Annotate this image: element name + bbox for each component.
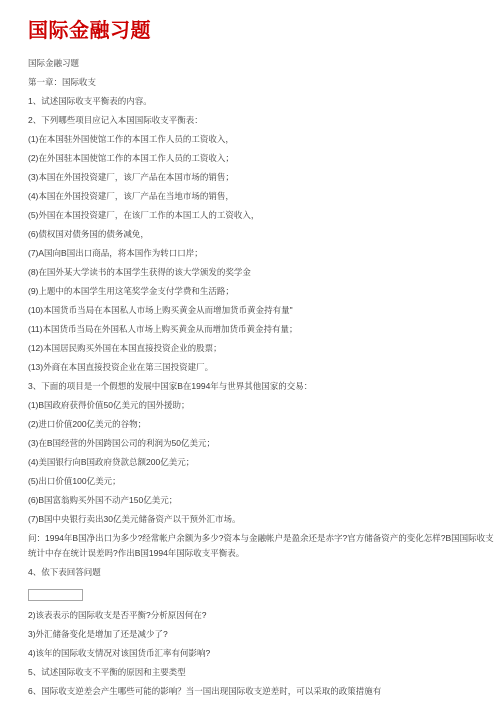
question-4-sub-3: 3)外汇储备变化是增加了还是减少了?: [28, 627, 496, 642]
question-3-item-5: (5)出口价值100亿美元；: [28, 474, 496, 489]
question-2: 2、下列哪些项目应记入本国国际收支平衡表：: [28, 113, 496, 128]
question-3-item-4: (4)美国银行向B国政府贷款总额200亿美元；: [28, 455, 496, 470]
question-2-item-12: (12)本国居民购买外国在本国直接投资企业的股票；: [28, 341, 496, 356]
document-page: 国际金融习题 国际金融习题 第一章：国际收支 1、试述国际收支平衡表的内容。 2…: [0, 0, 504, 713]
chapter-heading: 第一章：国际收支: [28, 75, 496, 90]
question-3-item-6: (6)B国富翁购买外国不动产150亿美元；: [28, 493, 496, 508]
question-3: 3、下面的项目是一个假想的发展中国家B在1994年与世界其他国家的交易：: [28, 379, 496, 394]
question-2-item-7: (7)A国向B国出口商品，将本国作为转口口岸；: [28, 246, 496, 261]
question-1: 1、试述国际收支平衡表的内容。: [28, 94, 496, 109]
question-4-sub-4: 4)该年的国际收支情况对该国货币汇率有何影响?: [28, 646, 496, 661]
question-2-item-8: (8)在国外某大学读书的本国学生获得的该大学颁发的奖学金: [28, 265, 496, 280]
doc-subtitle: 国际金融习题: [28, 56, 496, 71]
question-2-item-6: (6)债权国对债务国的债务减免，: [28, 227, 496, 242]
question-2-item-9: (9)上题中的本国学生用这笔奖学金支付学费和生活路；: [28, 284, 496, 299]
question-3-item-3: (3)在B国经营的外国跨国公司的利润为50亿美元；: [28, 436, 496, 451]
question-2-item-4: (4)本国在外国投资建厂，该厂产品在当地市场的销售，: [28, 189, 496, 204]
question-3-item-7: (7)B国中央银行卖出30亿美元储备资产以干预外汇市场。: [28, 512, 496, 527]
page-title: 国际金融习题: [28, 20, 496, 42]
question-4: 4、依下表回答问题: [28, 565, 496, 580]
empty-input-box[interactable]: [28, 589, 83, 601]
question-6: 6、国际收支逆差会产生哪些可能的影响？当一国出现国际收支逆差时，可以采取的政策措…: [28, 684, 496, 699]
table-placeholder-row: [28, 584, 496, 602]
question-2-item-2: (2)在外国驻本国使馆工作的本国工作人员的工资收入；: [28, 151, 496, 166]
question-2-item-10: (10)本国货币当局在本国私人市场上购买黄金从而增加货币黄金持有量": [28, 303, 496, 318]
question-3-item-1: (1)B国政府获得价值50亿美元的国外援助；: [28, 398, 496, 413]
question-2-item-11: (11)本国货币当局在外国私人市场上购买黄金从而增加货币黄金持有量；: [28, 322, 496, 337]
question-4-sub-2: 2)该表表示的国际收支是否平衡?分析原因何在?: [28, 608, 496, 623]
question-3-prompt: 问：1994年B国净出口为多少?经常帐户余额为多少?资本与金融帐户是盈余还是赤字…: [28, 531, 496, 561]
question-2-item-1: (1)在本国驻外国使馆工作的本国工作人员的工资收入，: [28, 132, 496, 147]
question-2-item-13: (13)外商在本国直接投资企业在第三国投资建厂。: [28, 360, 496, 375]
question-3-item-2: (2)进口价值200亿美元的谷物；: [28, 417, 496, 432]
question-5: 5、试述国际收支不平衡的原因和主要类型: [28, 665, 496, 680]
question-2-item-3: (3)本国在外国投资建厂，该厂产品在本国市场的销售；: [28, 170, 496, 185]
question-2-item-5: (5)外国在本国投资建厂，在该厂工作的本国工人的工资收入，: [28, 208, 496, 223]
